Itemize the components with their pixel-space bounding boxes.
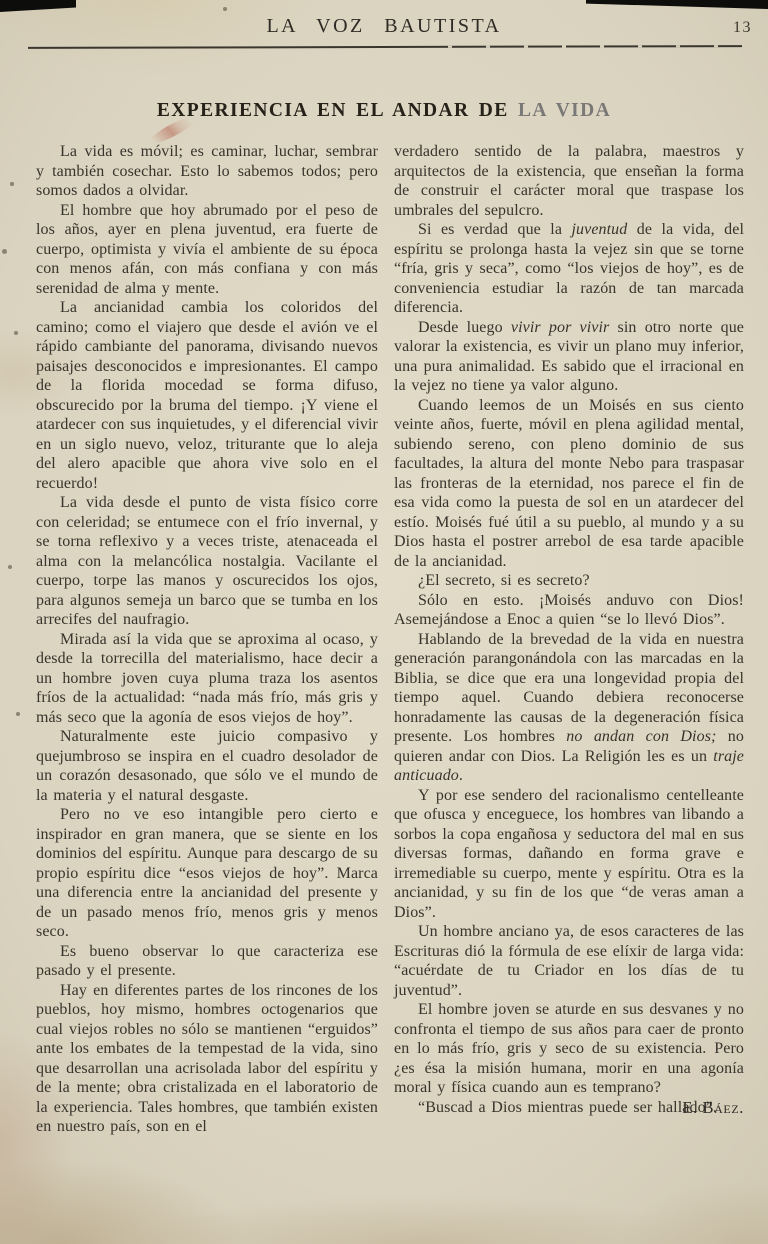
paragraph: Pero no ve eso intangible pero cierto e … (36, 805, 378, 942)
paragraph: La vida desde el punto de vista físico c… (36, 493, 378, 630)
header-rule (28, 45, 742, 49)
paragraph: El hombre que hoy abrumado por el peso d… (36, 201, 378, 299)
left-column: La vida es móvil; es caminar, luchar, se… (36, 142, 378, 1137)
text-run: La vida es móvil; es caminar, luchar, se… (36, 143, 378, 199)
text-run: ¿El secreto, si es secreto? (418, 572, 590, 589)
paper-speck (10, 182, 14, 186)
italic-text-run: no andan con Dios; (566, 728, 716, 745)
paragraph: Y por ese sendero del racionalismo cente… (394, 786, 744, 923)
title-faded: LA VIDA (518, 100, 611, 121)
paragraph: verdadero sentido de la palabra, maestro… (394, 142, 744, 220)
text-run: Hay en diferentes partes de los rincones… (36, 982, 378, 1136)
text-run: El hombre joven se aturde en sus desvane… (394, 1001, 744, 1096)
text-run: La vida desde el punto de vista físico c… (36, 494, 378, 628)
paragraph: Desde luego vivir por vivir sin otro nor… (394, 318, 744, 396)
paper-speck (14, 331, 18, 335)
text-run: “Buscad a Dios mientras puede ser hallad… (418, 1099, 717, 1116)
scan-edge-artifact-right (586, 0, 768, 9)
paragraph: El hombre joven se aturde en sus desvane… (394, 1000, 744, 1098)
title-main: EXPERIENCIA EN EL ANDAR DE (157, 100, 518, 121)
paragraph: Hablando de la brevedad de la vida en nu… (394, 630, 744, 786)
italic-text-run: juventud (571, 221, 627, 238)
text-run: Pero no ve eso intangible pero cierto e … (36, 806, 378, 940)
paper-speck (223, 7, 227, 11)
text-run: Mirada así la vida que se aproxima al oc… (36, 631, 378, 726)
paragraph: Un hombre anciano ya, de esos caracteres… (394, 922, 744, 1000)
paragraph: Sólo en esto. ¡Moisés anduvo con Dios! A… (394, 591, 744, 630)
right-column: verdadero sentido de la palabra, maestro… (394, 142, 744, 1137)
text-run: Un hombre anciano ya, de esos caracteres… (394, 923, 744, 999)
text-run: . (459, 767, 463, 784)
paragraph: Hay en diferentes partes de los rincones… (36, 981, 378, 1137)
text-run: El hombre que hoy abrumado por el peso d… (36, 202, 378, 297)
text-run: Y por ese sendero del racionalismo cente… (394, 787, 744, 921)
text-run: Desde luego (418, 319, 511, 336)
page-number: 13 (733, 19, 752, 37)
paragraph: La ancianidad cambia los coloridos del c… (36, 298, 378, 493)
paragraph: Es bueno observar lo que caracteriza ese… (36, 942, 378, 981)
text-run: Si es verdad que la (418, 221, 571, 238)
text-run: Es bueno observar lo que caracteriza ese… (36, 943, 378, 980)
paragraph: Naturalmente este juicio compasivo y que… (36, 727, 378, 805)
masthead: LA VOZ BAUTISTA (0, 15, 768, 38)
article-columns: La vida es móvil; es caminar, luchar, se… (36, 142, 744, 1137)
italic-text-run: vivir por vivir (511, 319, 610, 336)
text-run: La ancianidad cambia los coloridos del c… (36, 299, 378, 492)
paragraph: La vida es móvil; es caminar, luchar, se… (36, 142, 378, 201)
paper-speck (16, 712, 20, 716)
magazine-page: LA VOZ BAUTISTA 13 EXPERIENCIA EN EL AND… (0, 0, 768, 1244)
scan-edge-artifact-left (0, 0, 76, 12)
paragraph: Mirada así la vida que se aproxima al oc… (36, 630, 378, 728)
paragraph: Si es verdad que la juventud de la vida,… (394, 220, 744, 318)
paper-speck (2, 249, 7, 254)
text-run: Naturalmente este juicio compasivo y que… (36, 728, 378, 804)
text-run: verdadero sentido de la palabra, maestro… (394, 143, 744, 219)
paragraph: ¿El secreto, si es secreto? (394, 571, 744, 591)
text-run: Sólo en esto. ¡Moisés anduvo con Dios! A… (394, 592, 744, 629)
article-title: EXPERIENCIA EN EL ANDAR DE LA VIDA (0, 100, 768, 122)
paragraph: Cuando leemos de un Moisés en sus ciento… (394, 396, 744, 572)
paper-speck (8, 565, 12, 569)
text-run: Cuando leemos de un Moisés en sus ciento… (394, 397, 744, 570)
